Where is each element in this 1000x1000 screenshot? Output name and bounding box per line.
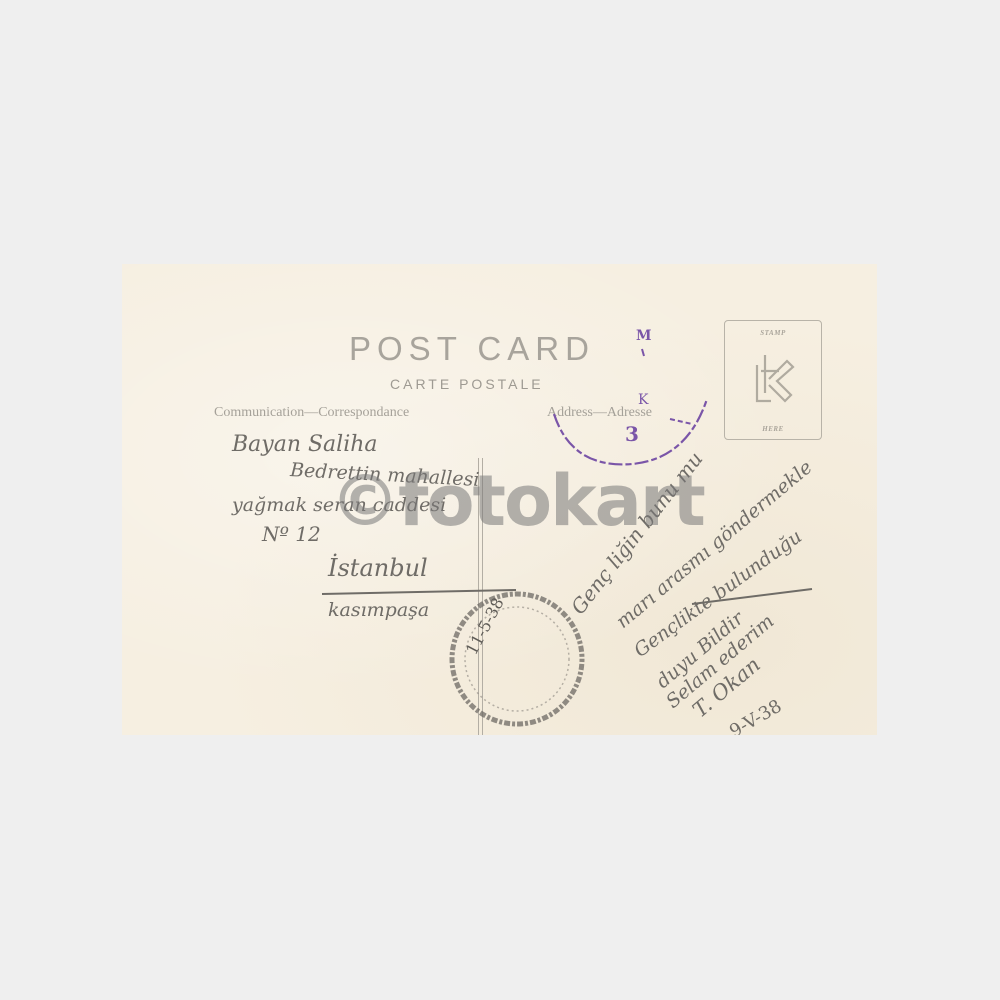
postcard-back: POST CARD CARTE POSTALE Communication—Co… xyxy=(122,264,877,735)
fotokart-watermark: ©fotokart xyxy=(330,460,704,542)
address-district: kasımpaşa xyxy=(328,599,429,621)
